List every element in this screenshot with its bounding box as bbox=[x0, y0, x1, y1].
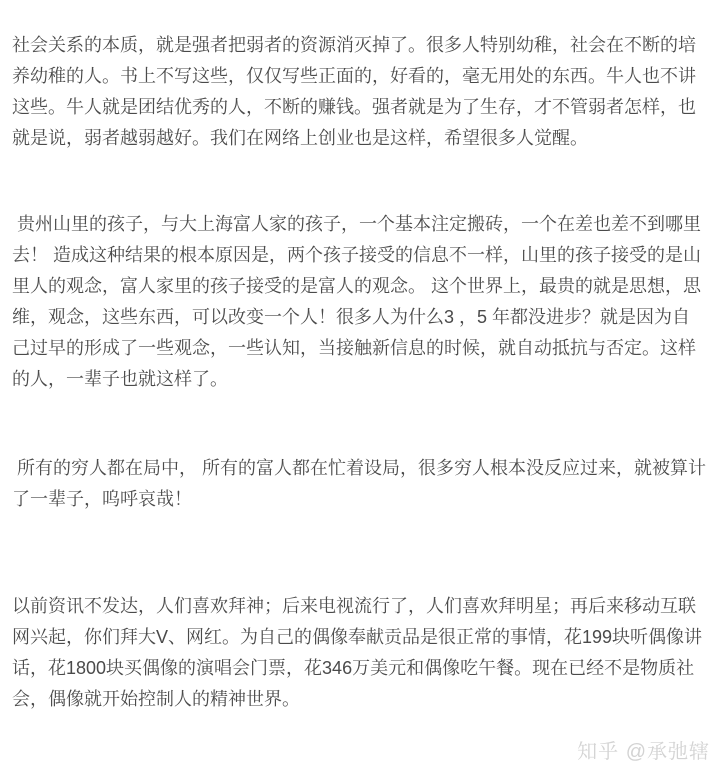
paragraph-guizhou-children: 贵州山里的孩子，与大上海富人家的孩子，一个基本注定搬砖，一个在差也差不到哪里去！… bbox=[12, 209, 707, 395]
paragraph-idol-worship: 以前资讯不发达，人们喜欢拜神；后来电视流行了，人们喜欢拜明星；再后来移动互联网兴… bbox=[12, 591, 707, 715]
paragraph-poor-in-game: 所有的穷人都在局中， 所有的富人都在忙着设局，很多穷人根本没反应过来，就被算计了… bbox=[12, 453, 707, 515]
article-text-block: 社会关系的本质，就是强者把弱者的资源消灭掉了。很多人特别幼稚，社会在不断的培养幼… bbox=[12, 30, 707, 715]
paragraph-social-relations: 社会关系的本质，就是强者把弱者的资源消灭掉了。很多人特别幼稚，社会在不断的培养幼… bbox=[12, 30, 707, 154]
zhihu-watermark: 知乎 @承弛辖 bbox=[577, 740, 710, 764]
